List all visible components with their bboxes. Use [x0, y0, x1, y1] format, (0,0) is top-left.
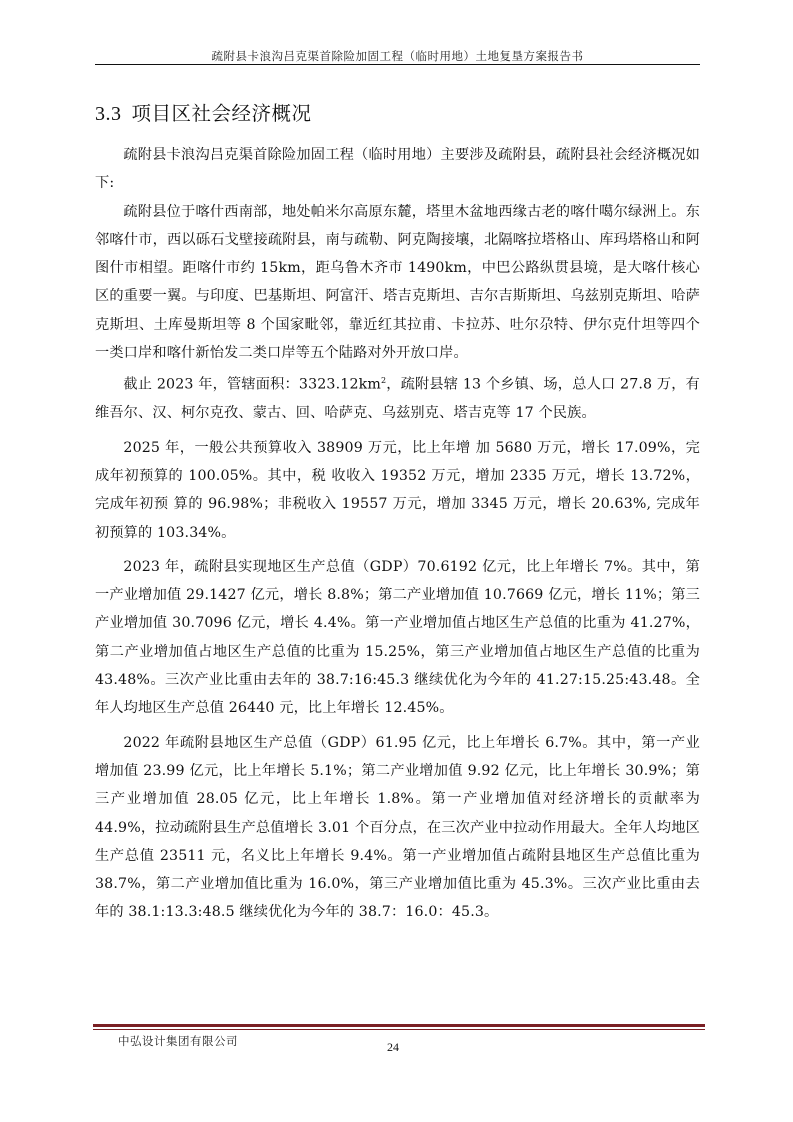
section-heading: 3.3项目区社会经济概况 [95, 98, 312, 126]
document-body: 疏附县卡浪沟吕克渠首除险加固工程（临时用地）主要涉及疏附县，疏附县社会经济概况如… [95, 141, 700, 933]
footer-divider-thin [93, 1029, 705, 1030]
paragraph-gdp-2022: 2022 年疏附县地区生产总值（GDP）61.95 亿元，比上年增长 6.7%。… [95, 729, 700, 927]
paragraph-budget-2025: 2025 年，一般公共预算收入 38909 万元，比上年增 加 5680 万元，… [95, 434, 700, 547]
running-header-title: 疏附县卡浪沟吕克渠首除险加固工程（临时用地）土地复垦方案报告书 [95, 48, 700, 64]
paragraph-intro: 疏附县卡浪沟吕克渠首除险加固工程（临时用地）主要涉及疏附县，疏附县社会经济概况如… [95, 141, 700, 198]
section-number: 3.3 [95, 103, 122, 125]
section-title-text: 项目区社会经济概况 [132, 102, 312, 125]
header-divider [95, 64, 700, 65]
area-text: 截止 2023 年，管辖面积：3323.12km [123, 377, 381, 393]
page-number: 24 [387, 1040, 399, 1055]
footer-company-name: 中弘设计集团有限公司 [118, 1033, 238, 1049]
paragraph-location: 疏附县位于喀什西南部，地处帕米尔高原东麓，塔里木盆地西缘古老的喀什噶尔绿洲上。东… [95, 198, 700, 368]
footer-divider-thick [93, 1024, 705, 1027]
paragraph-gdp-2023: 2023 年，疏附县实现地区生产总值（GDP）70.6192 亿元，比上年增长 … [95, 553, 700, 723]
paragraph-area-population: 截止 2023 年，管辖面积：3323.12km2，疏附县辖 13 个乡镇、场，… [95, 367, 700, 427]
